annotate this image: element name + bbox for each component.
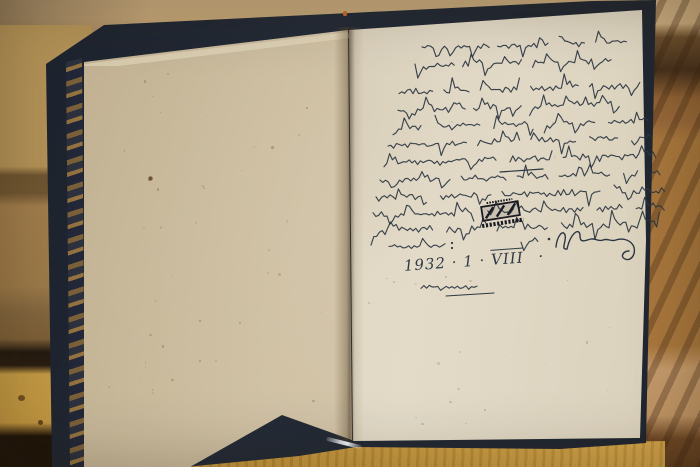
- handwriting-stroke: [389, 238, 445, 248]
- foxing-speck: [414, 283, 416, 285]
- foxing-speck: [206, 115, 207, 116]
- signature-flourish: [556, 232, 634, 260]
- foxing-speck: [320, 312, 321, 313]
- foxing-speck: [368, 302, 369, 303]
- handwritten-inscription: [0, 0, 700, 467]
- foxing-speck: [241, 170, 242, 171]
- foxing-speck: [160, 112, 161, 113]
- handwriting-stroke: [380, 164, 660, 188]
- foxing-speck: [286, 220, 288, 222]
- foxing-speck: [445, 276, 446, 277]
- foxing-speck: [457, 388, 459, 390]
- handwriting-stroke: [388, 131, 651, 156]
- foxing-speck: [586, 341, 589, 344]
- date-separator: ·: [479, 251, 486, 269]
- foxing-speck: [148, 179, 150, 181]
- foxing-speck: [571, 59, 572, 60]
- date-year: 1932: [403, 254, 446, 275]
- foxing-speck: [469, 280, 472, 283]
- ink-line: [446, 293, 494, 296]
- foxing-speck: [567, 280, 568, 281]
- foxing-speck: [312, 400, 314, 402]
- foxing-speck: [181, 276, 182, 277]
- handwriting-stroke: [398, 95, 619, 119]
- handwriting-stroke: [399, 74, 640, 99]
- handwriting-stroke: [376, 185, 664, 206]
- handwriting-stroke: [393, 112, 648, 135]
- date-roman-numeral: VIII: [490, 249, 524, 269]
- handwriting-stroke: [415, 51, 611, 78]
- foxing-speck: [162, 345, 164, 347]
- foxing-speck: [152, 389, 154, 391]
- photo-open-book: 1932 · 1 · VIII ·: [0, 0, 700, 467]
- foxing-speck: [167, 73, 169, 75]
- foxing-speck: [451, 121, 452, 122]
- handwriting-stroke: [422, 31, 626, 57]
- foxing-speck: [149, 334, 151, 336]
- colon-dot: [451, 247, 453, 249]
- foxing-speck: [415, 417, 416, 418]
- foxing-speck: [278, 273, 281, 276]
- foxing-speck: [215, 360, 217, 362]
- date-separator: ·: [451, 253, 458, 271]
- foxing-speck: [143, 227, 145, 229]
- date-trailing-dot: ·: [538, 247, 545, 265]
- handwriting-stroke: [421, 285, 477, 290]
- foxing-speck: [202, 185, 203, 186]
- date-month: 1: [463, 252, 475, 271]
- foxing-speck: [152, 392, 154, 394]
- foxing-speck: [298, 134, 300, 136]
- foxing-speck: [199, 320, 201, 322]
- ink-line: [500, 169, 543, 172]
- handwriting-stroke: [384, 146, 656, 170]
- foxing-speck: [437, 362, 440, 365]
- signature-dot: [548, 238, 551, 241]
- colon-dot: [451, 242, 453, 244]
- foxing-speck: [271, 146, 274, 149]
- foxing-speck: [108, 386, 110, 388]
